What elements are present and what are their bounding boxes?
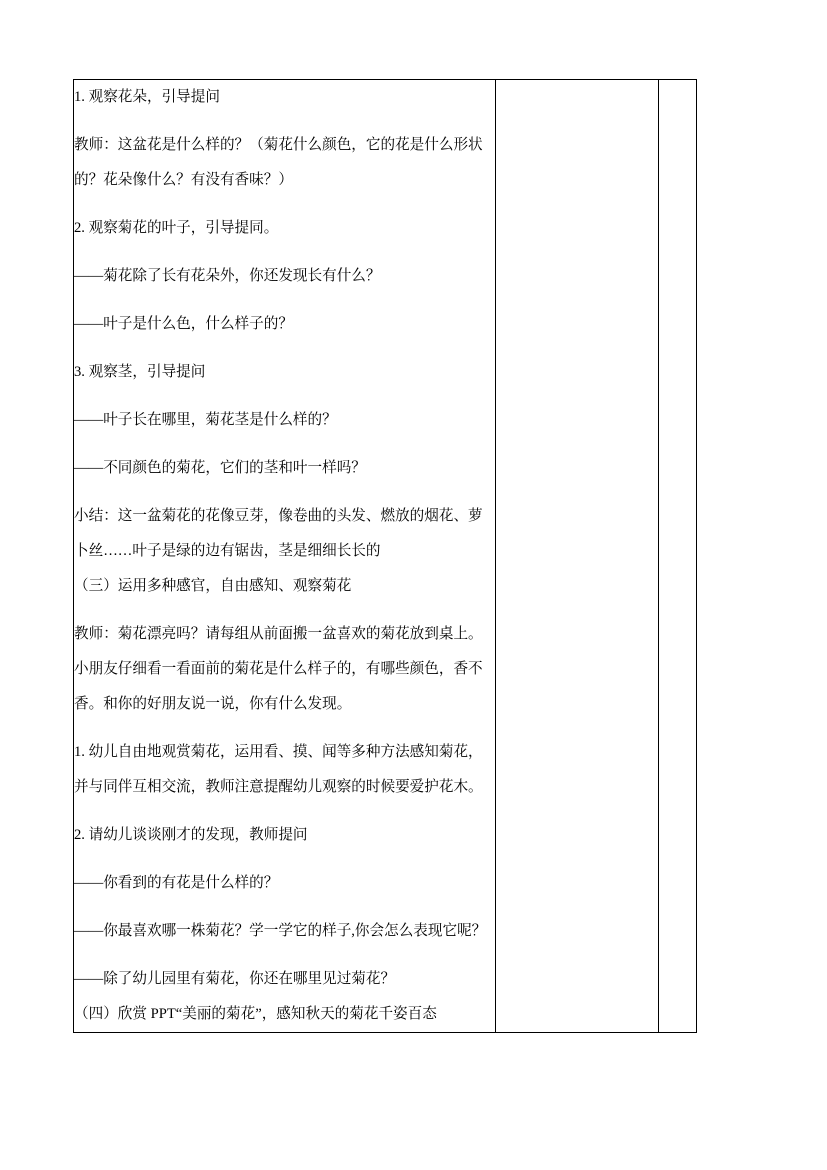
lesson-paragraph: ——除了幼儿园里有菊花，你还在哪里见过菊花？ — [74, 962, 495, 997]
lesson-paragraph: ——叶子是什么色，什么样子的？ — [74, 307, 495, 342]
lesson-paragraph: 2. 请幼儿谈谈刚才的发现，教师提问 — [74, 818, 495, 853]
lesson-paragraph: （三）运用多种感官，自由感知、观察菊花 — [74, 569, 495, 604]
lesson-paragraph: 1. 幼儿自由地观赏菊花，运用看、摸、闻等多种方法感知菊花，并与同伴互相交流，教… — [74, 735, 495, 805]
empty-tertiary-cell — [659, 80, 697, 1033]
lesson-paragraph: 3. 观察茎，引导提问 — [74, 355, 495, 390]
lesson-paragraph: ——不同颜色的菊花，它们的茎和叶一样吗？ — [74, 451, 495, 486]
lesson-paragraph: ——叶子长在哪里，菊花茎是什么样的？ — [74, 403, 495, 438]
lesson-paragraph: 教师：这盆花是什么样的？（菊花什么颜色，它的花是什么形状的？花朵像什么？有没有香… — [74, 128, 495, 198]
lesson-paragraph: ——你看到的有花是什么样的？ — [74, 866, 495, 901]
lesson-plan-table: 1. 观察花朵，引导提问 教师：这盆花是什么样的？（菊花什么颜色，它的花是什么形… — [73, 79, 697, 1033]
table-row: 1. 观察花朵，引导提问 教师：这盆花是什么样的？（菊花什么颜色，它的花是什么形… — [74, 80, 697, 1033]
lesson-paragraph: ——你最喜欢哪一株菊花？学一学它的样子,你会怎么表现它呢？ — [74, 914, 495, 949]
document-page: 1. 观察花朵，引导提问 教师：这盆花是什么样的？（菊花什么颜色，它的花是什么形… — [0, 0, 827, 1170]
empty-secondary-cell — [496, 80, 659, 1033]
lesson-paragraph: ——菊花除了长有花朵外，你还发现长有什么？ — [74, 259, 495, 294]
lesson-paragraph: 小结：这一盆菊花的花像豆芽，像卷曲的头发、燃放的烟花、萝卜丝……叶子是绿的边有锯… — [74, 499, 495, 569]
lesson-paragraph: 2. 观察菊花的叶子，引导提同。 — [74, 211, 495, 246]
lesson-paragraph: 1. 观察花朵，引导提问 — [74, 80, 495, 115]
lesson-paragraph: （四）欣赏 PPT“美丽的菊花”，感知秋天的菊花千姿百态 — [74, 997, 495, 1032]
lesson-paragraph: 教师：菊花漂亮吗？请每组从前面搬一盆喜欢的菊花放到桌上。小朋友仔细看一看面前的菊… — [74, 617, 495, 722]
lesson-content-cell: 1. 观察花朵，引导提问 教师：这盆花是什么样的？（菊花什么颜色，它的花是什么形… — [74, 80, 496, 1033]
